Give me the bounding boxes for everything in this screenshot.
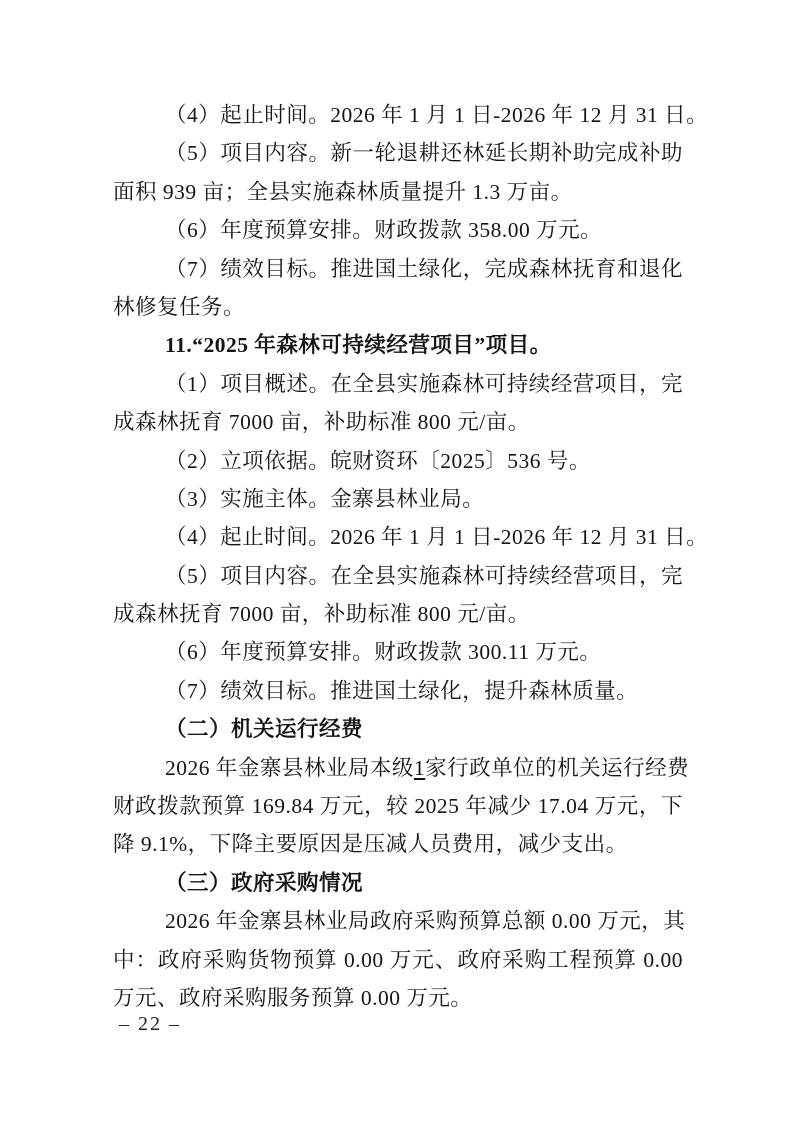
heading-line: （三）政府采购情况 bbox=[113, 864, 683, 902]
text-line: （7）绩效目标。推进国土绿化，提升森林质量。 bbox=[113, 672, 683, 710]
text-line: 成森林抚育 7000 亩，补助标准 800 元/亩。 bbox=[113, 403, 683, 441]
heading-line: 11.“2025 年森林可持续经营项目”项目。 bbox=[113, 326, 683, 364]
document-body: （4）起止时间。2026 年 1 月 1 日-2026 年 12 月 31 日。… bbox=[113, 96, 683, 1017]
text-line: （1）项目概述。在全县实施森林可持续经营项目，完 bbox=[113, 365, 683, 403]
text-segment: 家行政单位的机关运行经费 bbox=[425, 756, 689, 780]
document-page: （4）起止时间。2026 年 1 月 1 日-2026 年 12 月 31 日。… bbox=[0, 0, 793, 1122]
text-line: 财政拨款预算 169.84 万元，较 2025 年减少 17.04 万元，下 bbox=[113, 787, 683, 825]
text-line: 降 9.1%，下降主要原因是压减人员费用，减少支出。 bbox=[113, 825, 683, 863]
text-line: 中：政府采购货物预算 0.00 万元、政府采购工程预算 0.00 bbox=[113, 941, 683, 979]
text-line: （5）项目内容。新一轮退耕还林延长期补助完成补助 bbox=[113, 134, 683, 172]
text-line: （6）年度预算安排。财政拨款 358.00 万元。 bbox=[113, 211, 683, 249]
text-line: 林修复任务。 bbox=[113, 288, 683, 326]
text-line: （5）项目内容。在全县实施森林可持续经营项目，完 bbox=[113, 557, 683, 595]
text-line: （4）起止时间。2026 年 1 月 1 日-2026 年 12 月 31 日。 bbox=[113, 518, 683, 556]
text-line: 成森林抚育 7000 亩，补助标准 800 元/亩。 bbox=[113, 595, 683, 633]
heading-line: （二）机关运行经费 bbox=[113, 710, 683, 748]
text-segment: 2026 年金寨县林业局本级 bbox=[165, 756, 414, 780]
underlined-text: 1 bbox=[414, 756, 425, 780]
text-line: （3）实施主体。金寨县林业局。 bbox=[113, 480, 683, 518]
text-line: （2）立项依据。皖财资环〔2025〕536 号。 bbox=[113, 442, 683, 480]
text-line: （6）年度预算安排。财政拨款 300.11 万元。 bbox=[113, 633, 683, 671]
text-line: 2026 年金寨县林业局政府采购预算总额 0.00 万元，其 bbox=[113, 902, 683, 940]
text-line: 面积 939 亩；全县实施森林质量提升 1.3 万亩。 bbox=[113, 173, 683, 211]
text-line: 万元、政府采购服务预算 0.00 万元。 bbox=[113, 979, 683, 1017]
text-line: （4）起止时间。2026 年 1 月 1 日-2026 年 12 月 31 日。 bbox=[113, 96, 683, 134]
text-line: 2026 年金寨县林业局本级1家行政单位的机关运行经费 bbox=[113, 749, 683, 787]
page-number: – 22 – bbox=[119, 1008, 181, 1040]
text-line: （7）绩效目标。推进国土绿化，完成森林抚育和退化 bbox=[113, 250, 683, 288]
